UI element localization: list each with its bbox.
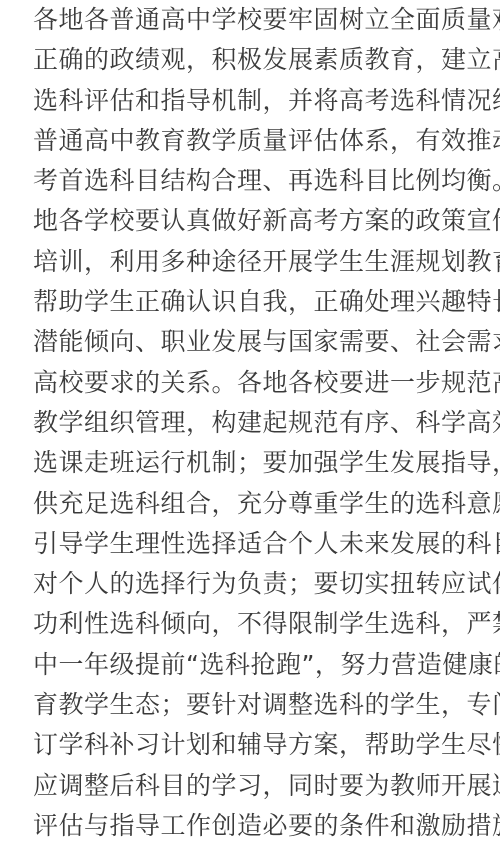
text-line: 供充足选科组合，充分尊重学生的选科意愿，	[33, 484, 473, 524]
text-line: 对个人的选择行为负责；要切实扭转应试化、	[33, 564, 473, 604]
text-line: 各地各普通高中学校要牢固树立全面质量观和	[33, 0, 473, 40]
text-line: 教学组织管理，构建起规范有序、科学高效的	[33, 403, 473, 443]
text-line: 选科评估和指导机制，并将高考选科情况纳入	[33, 81, 473, 121]
text-line: 选课走班运行机制；要加强学生发展指导，提	[33, 443, 473, 483]
text-line: 考首选科目结构合理、再选科目比例均衡。各	[33, 161, 473, 201]
text-line: 功利性选科倾向，不得限制学生选科，严禁高	[33, 604, 473, 644]
text-line: 评估与指导工作创造必要的条件和激励措施。	[33, 806, 473, 846]
text-line: 高校要求的关系。各地各校要进一步规范高中	[33, 363, 473, 403]
text-line: 地各学校要认真做好新高考方案的政策宣传和	[33, 201, 473, 241]
text-line: 中一年级提前“选科抢跑”，努力营造健康的教	[33, 645, 473, 685]
article-body: 各地各普通高中学校要牢固树立全面质量观和 正确的政绩观，积极发展素质教育，建立高…	[33, 0, 473, 846]
text-line: 育教学生态；要针对调整选科的学生，专门制	[33, 685, 473, 725]
text-line: 帮助学生正确认识自我，正确处理兴趣特长、	[33, 282, 473, 322]
text-line: 培训，利用多种途径开展学生生涯规划教育，	[33, 242, 473, 282]
text-line: 正确的政绩观，积极发展素质教育，建立高考	[33, 40, 473, 80]
text-line: 潜能倾向、职业发展与国家需要、社会需求、	[33, 322, 473, 362]
text-line: 引导学生理性选择适合个人未来发展的科目并	[33, 524, 473, 564]
text-line: 应调整后科目的学习，同时要为教师开展选科	[33, 766, 473, 806]
text-line: 订学科补习计划和辅导方案，帮助学生尽快适	[33, 725, 473, 765]
text-line: 普通高中教育教学质量评估体系，有效推动高	[33, 121, 473, 161]
